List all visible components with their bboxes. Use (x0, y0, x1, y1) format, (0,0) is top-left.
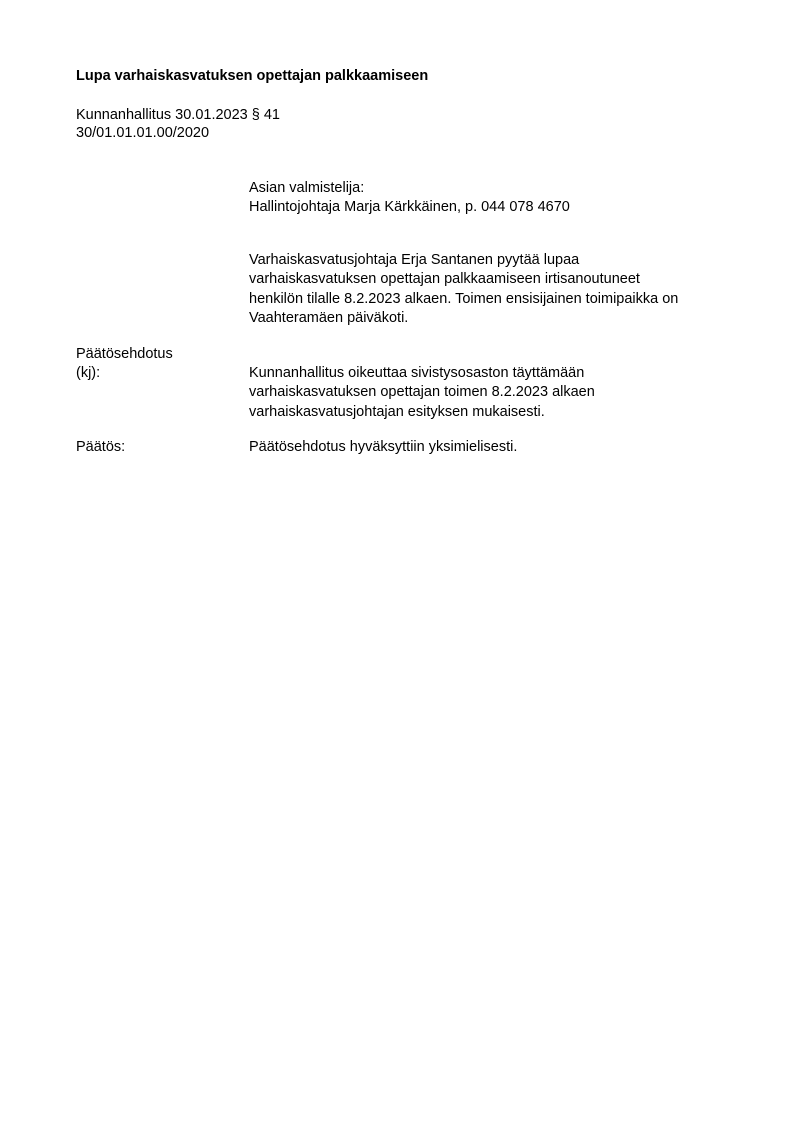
description-line: henkilön tilalle 8.2.2023 alkaen. Toimen… (249, 290, 678, 309)
document-title: Lupa varhaiskasvatuksen opettajan palkka… (76, 67, 428, 86)
description-line: varhaiskasvatuksen opettajan palkkaamise… (249, 270, 678, 289)
proposal-line: Kunnanhallitus oikeuttaa sivistysosaston… (249, 364, 595, 383)
proposal-label-line1: Päätösehdotus (76, 345, 173, 364)
proposal-block: Kunnanhallitus oikeuttaa sivistysosaston… (249, 364, 595, 422)
preparer-block: Asian valmistelija: Hallintojohtaja Marj… (249, 179, 570, 218)
decision-value: Päätösehdotus hyväksyttiin yksimielisest… (249, 438, 517, 457)
description-line: Varhaiskasvatusjohtaja Erja Santanen pyy… (249, 251, 678, 270)
meeting-line: Kunnanhallitus 30.01.2023 § 41 (76, 106, 280, 125)
preparer-value: Hallintojohtaja Marja Kärkkäinen, p. 044… (249, 198, 570, 217)
proposal-line: varhaiskasvatusjohtajan esityksen mukais… (249, 403, 595, 422)
proposal-label-line2: (kj): (76, 364, 100, 383)
preparer-label: Asian valmistelija: (249, 179, 570, 198)
record-number: 30/01.01.01.00/2020 (76, 124, 209, 143)
description-line: Vaahteramäen päiväkoti. (249, 309, 678, 328)
proposal-line: varhaiskasvatuksen opettajan toimen 8.2.… (249, 383, 595, 402)
decision-label: Päätös: (76, 438, 125, 457)
description-block: Varhaiskasvatusjohtaja Erja Santanen pyy… (249, 251, 678, 328)
